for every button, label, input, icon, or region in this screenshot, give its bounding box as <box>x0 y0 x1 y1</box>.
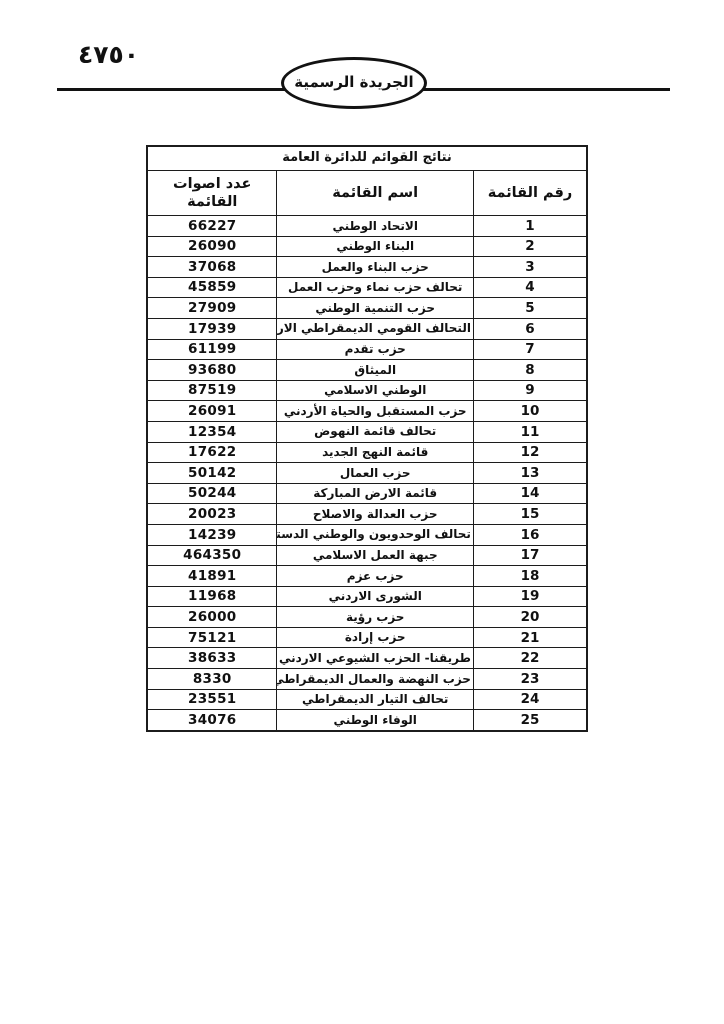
page-number: ٤٧٥٠ <box>78 40 139 69</box>
cell-rank: 23 <box>473 669 587 690</box>
cell-votes: 41891 <box>147 566 277 587</box>
cell-name: الشورى الاردني <box>277 586 473 607</box>
cell-votes: 26000 <box>147 607 277 628</box>
column-header-rank: رقم القائمة <box>473 171 587 216</box>
cell-votes: 75121 <box>147 627 277 648</box>
table-row: 12قائمة النهج الجديد17622 <box>147 442 587 463</box>
table-row: 3حزب البناء والعمل37068 <box>147 257 587 278</box>
column-header-name: اسم القائمة <box>277 171 473 216</box>
cell-rank: 15 <box>473 504 587 525</box>
cell-rank: 7 <box>473 339 587 360</box>
cell-name: تحالف التيار الديمقراطي <box>277 689 473 710</box>
cell-votes: 93680 <box>147 360 277 381</box>
table-row: 2البناء الوطني26090 <box>147 236 587 257</box>
cell-votes: 17622 <box>147 442 277 463</box>
cell-votes: 23551 <box>147 689 277 710</box>
table-row: 22طريقنا- الحزب الشيوعي الاردني38633 <box>147 648 587 669</box>
cell-votes: 26090 <box>147 236 277 257</box>
cell-name: حزب تقدم <box>277 339 473 360</box>
cell-name: طريقنا- الحزب الشيوعي الاردني <box>277 648 473 669</box>
cell-name: حزب المستقبل والحياة الأردني <box>277 401 473 422</box>
cell-rank: 2 <box>473 236 587 257</box>
table-row: 11تحالف قائمة النهوض12354 <box>147 421 587 442</box>
cell-rank: 6 <box>473 318 587 339</box>
table-row: 7حزب تقدم61199 <box>147 339 587 360</box>
cell-name: الوفاء الوطني <box>277 710 473 731</box>
cell-rank: 9 <box>473 380 587 401</box>
gazette-title-oval: الجريدة الرسمية <box>281 57 427 109</box>
results-table: نتائج القوائم للدائرة العامة رقم القائمة… <box>146 145 588 732</box>
table-row: 16تحالف الوحدويون والوطني الدستوري14239 <box>147 524 587 545</box>
results-table-wrap: نتائج القوائم للدائرة العامة رقم القائمة… <box>146 145 588 732</box>
cell-name: حزب البناء والعمل <box>277 257 473 278</box>
table-row: 25الوفاء الوطني34076 <box>147 710 587 731</box>
cell-name: تحالف الوحدويون والوطني الدستوري <box>277 524 473 545</box>
table-row: 23حزب النهضة والعمال الديمقراطي8330 <box>147 669 587 690</box>
table-title-row: نتائج القوائم للدائرة العامة <box>147 146 587 171</box>
cell-rank: 4 <box>473 277 587 298</box>
gazette-page: ٤٧٥٠ الجريدة الرسمية نتائج القوائم للدائ… <box>0 0 724 1024</box>
cell-votes: 12354 <box>147 421 277 442</box>
cell-votes: 66227 <box>147 216 277 237</box>
table-row: 5حزب التنمية الوطني27909 <box>147 298 587 319</box>
cell-rank: 24 <box>473 689 587 710</box>
table-row: 24تحالف التيار الديمقراطي23551 <box>147 689 587 710</box>
table-title: نتائج القوائم للدائرة العامة <box>147 146 587 171</box>
cell-rank: 3 <box>473 257 587 278</box>
cell-votes: 50142 <box>147 463 277 484</box>
results-table-body: 1الاتحاد الوطني662272البناء الوطني260903… <box>147 216 587 731</box>
cell-name: حزب النهضة والعمال الديمقراطي <box>277 669 473 690</box>
table-row: 20حزب رؤية26000 <box>147 607 587 628</box>
table-row: 10حزب المستقبل والحياة الأردني26091 <box>147 401 587 422</box>
table-row: 17جبهة العمل الاسلامي464350 <box>147 545 587 566</box>
cell-name: الميثاق <box>277 360 473 381</box>
table-row: 6التحالف القومي الديمقراطي الاردني17939 <box>147 318 587 339</box>
cell-name: حزب رؤية <box>277 607 473 628</box>
cell-votes: 14239 <box>147 524 277 545</box>
cell-rank: 21 <box>473 627 587 648</box>
cell-rank: 20 <box>473 607 587 628</box>
cell-votes: 38633 <box>147 648 277 669</box>
cell-rank: 19 <box>473 586 587 607</box>
cell-rank: 14 <box>473 483 587 504</box>
cell-rank: 22 <box>473 648 587 669</box>
cell-name: البناء الوطني <box>277 236 473 257</box>
table-row: 13حزب العمال50142 <box>147 463 587 484</box>
cell-name: حزب العدالة والاصلاح <box>277 504 473 525</box>
cell-name: تحالف قائمة النهوض <box>277 421 473 442</box>
cell-rank: 17 <box>473 545 587 566</box>
cell-votes: 34076 <box>147 710 277 731</box>
cell-rank: 5 <box>473 298 587 319</box>
table-row: 8الميثاق93680 <box>147 360 587 381</box>
cell-name: حزب العمال <box>277 463 473 484</box>
cell-rank: 12 <box>473 442 587 463</box>
cell-votes: 17939 <box>147 318 277 339</box>
table-row: 14قائمة الارض المباركة50244 <box>147 483 587 504</box>
cell-rank: 25 <box>473 710 587 731</box>
table-row: 4تحالف حزب نماء وحزب العمل45859 <box>147 277 587 298</box>
cell-name: الوطني الاسلامي <box>277 380 473 401</box>
cell-votes: 87519 <box>147 380 277 401</box>
gazette-title: الجريدة الرسمية <box>294 73 413 93</box>
table-row: 18حزب عزم41891 <box>147 566 587 587</box>
cell-votes: 45859 <box>147 277 277 298</box>
cell-votes: 8330 <box>147 669 277 690</box>
cell-rank: 13 <box>473 463 587 484</box>
cell-name: جبهة العمل الاسلامي <box>277 545 473 566</box>
cell-rank: 8 <box>473 360 587 381</box>
cell-name: قائمة النهج الجديد <box>277 442 473 463</box>
cell-name: الاتحاد الوطني <box>277 216 473 237</box>
cell-rank: 16 <box>473 524 587 545</box>
table-row: 19الشورى الاردني11968 <box>147 586 587 607</box>
table-header-row: رقم القائمة اسم القائمة عدد اصوات القائم… <box>147 171 587 216</box>
results-table-head: نتائج القوائم للدائرة العامة رقم القائمة… <box>147 146 587 216</box>
cell-rank: 18 <box>473 566 587 587</box>
cell-name: تحالف حزب نماء وحزب العمل <box>277 277 473 298</box>
table-row: 21حزب إرادة75121 <box>147 627 587 648</box>
column-header-votes: عدد اصوات القائمة <box>147 171 277 216</box>
cell-votes: 20023 <box>147 504 277 525</box>
table-row: 9الوطني الاسلامي87519 <box>147 380 587 401</box>
cell-name: حزب عزم <box>277 566 473 587</box>
cell-votes: 27909 <box>147 298 277 319</box>
table-row: 1الاتحاد الوطني66227 <box>147 216 587 237</box>
cell-votes: 464350 <box>147 545 277 566</box>
cell-votes: 61199 <box>147 339 277 360</box>
cell-rank: 10 <box>473 401 587 422</box>
cell-votes: 37068 <box>147 257 277 278</box>
cell-votes: 26091 <box>147 401 277 422</box>
table-row: 15حزب العدالة والاصلاح20023 <box>147 504 587 525</box>
cell-name: التحالف القومي الديمقراطي الاردني <box>277 318 473 339</box>
cell-rank: 1 <box>473 216 587 237</box>
cell-name: حزب إرادة <box>277 627 473 648</box>
cell-rank: 11 <box>473 421 587 442</box>
cell-name: قائمة الارض المباركة <box>277 483 473 504</box>
cell-name: حزب التنمية الوطني <box>277 298 473 319</box>
cell-votes: 11968 <box>147 586 277 607</box>
cell-votes: 50244 <box>147 483 277 504</box>
